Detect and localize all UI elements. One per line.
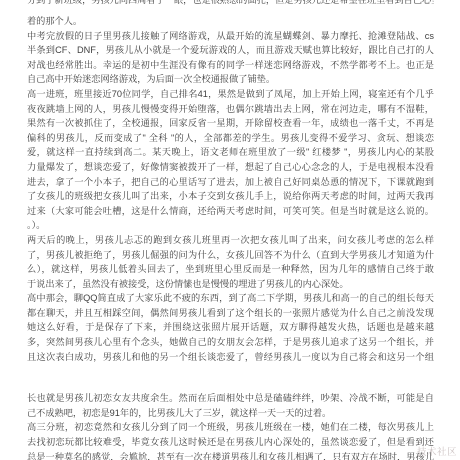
- text-line: 过来（大家可能会吐槽，这是什么情商，还给两天考虑时间，可笑可笑。但是当时就是这么…: [27, 204, 434, 219]
- text-line: 去找初恋玩都比较难受，毕竟女孩儿这时候还是在男孩儿内心深处的，虽然谈恋爱了，但是…: [27, 435, 434, 450]
- text-lines: 分到了新班级，男孩儿向四周看了一眼，也是很熟悉的面孔，但是男孩儿还是希望在班里看…: [27, 0, 434, 460]
- text-line: 对战也经常胜出。幸运的是初中生涯没有像有的同学一样迷恋网络游戏，不然学都考不上。…: [27, 58, 434, 73]
- text-line: 爱，就这样一直持续到高二。某天晚上，语文老师在班里放了一级" 红楼梦 "，男孩儿…: [27, 145, 434, 160]
- text-line: 她这么好看，于是保存了下来，并围绕这张照片展开话题，双方聊得越发火热，话题也是越…: [27, 320, 434, 335]
- text-line: 己不成熟吧，初恋是91年的，比男孩儿大了三岁，就这样一天一天的过着。: [27, 406, 434, 421]
- paragraph-gap: [27, 364, 434, 391]
- text-line: 且这次表白成功，男孩儿和他的另一个组长谈恋爱了，曾经男孩儿一度以为自己将会和这另…: [27, 350, 434, 365]
- text-line: 力量爆发了，想谈恋爱了，好像情窦被拨开了一样，想起了自己心心念念的人，于是电视根…: [27, 160, 434, 175]
- text-line: 总是一种莫名的感觉，会尴尬，甚至有一次在楼道男孩儿和女孩儿相遇了，只有双方在场时…: [27, 450, 434, 460]
- text-line: 了女孩儿的班级把女孩儿叫了出来，小本子交到女孩儿手上，说给你两天考虑的时间，过两…: [27, 189, 434, 204]
- text-line: 分到了新班级，男孩儿向四周看了一眼，也是很熟悉的面孔，但是男孩儿还是希望在班里看…: [27, 0, 434, 9]
- text-line: 了，男孩儿被拒绝了，男孩儿倔强的问为什么，女孩儿回答不为什么（直到大学男孩儿才知…: [27, 248, 434, 263]
- text-line: 自己高中开始迷恋网络游戏，为后面一次全校通报做了铺垫。: [27, 72, 434, 87]
- text-line: 长也就是男孩儿初恋女友共度余生。然而在后面相处中总是磕磕绊绊，吵架、冷战不断，可…: [27, 391, 434, 406]
- text-line: 于说出来了，虽然没有被接受，这份情愫也是慢慢的埋进了男孩儿的内心深处。: [27, 277, 434, 292]
- text-line: 高一进班，班里接近70位同学，自己排名41，果然是做到了凤尾，加上开始上网，寝室…: [27, 87, 434, 102]
- text-line: 进去，拿了一个小本子，把自己的心里话写了进去，加上被自己好同桌怂恿的情况下，下课…: [27, 175, 434, 190]
- text-line: 两天后的晚上，男孩儿忐忑的跑到女孩儿班里再一次把女孩儿叫了出来，问女孩儿考虑的怎…: [27, 233, 434, 248]
- text-line: 都在聊天，并且互相踩空间，偶然间男孩儿看到了这个组长的一张照片感觉为什么自己之前…: [27, 306, 434, 321]
- text-line: 偏科的男孩儿，反而变成了" 全科 "的人，全部都差的学生。男孩儿变得不爱学习、贪…: [27, 131, 434, 146]
- text-line: 。）。: [27, 218, 434, 233]
- text-line: 着的那个人。: [27, 14, 434, 29]
- text-line: 高三分班，初恋竟然和女孩儿分到了同一个班级，男孩儿班级在一楼，她们在二楼，每次男…: [27, 420, 434, 435]
- text-line: 夜夜跳墙上网的人，男孩儿慢慢变得开始堕落，也偶尔跳墙出去上网，常在河边走，哪有不…: [27, 102, 434, 117]
- text-line: 么），就这样，男孩儿低着头回去了，坐到班里心里反而是一种释然，因为几年的感情自己…: [27, 262, 434, 277]
- text-line: 半条到CF、DNF，男孩儿从小就是一个爱玩游戏的人，而且游戏天赋也算比较好，跟比…: [27, 43, 434, 58]
- article-page: 分到了新班级，男孩儿向四周看了一眼，也是很熟悉的面孔，但是男孩儿还是希望在班里看…: [0, 0, 460, 460]
- text-line: 中考完放假的日子里男孩儿接触了网络游戏，从最开始的流星蝴蝶剑、暴力摩托、抢滩登陆…: [27, 29, 434, 44]
- text-line: 高中那会，聊QQ简直成了大家乐此不疲的东西，到了高二下学期，男孩儿和高一的自己的…: [27, 291, 434, 306]
- text-line: 果然有一次被抓住了，全校通报，回家反省一星期，开除留校查看一年，成绩也一落千丈，…: [27, 116, 434, 131]
- text-line: 多，突然间男孩儿心里有个念头，她做自己的女朋友会怎样，于是男孩儿追求了这另一个组…: [27, 335, 434, 350]
